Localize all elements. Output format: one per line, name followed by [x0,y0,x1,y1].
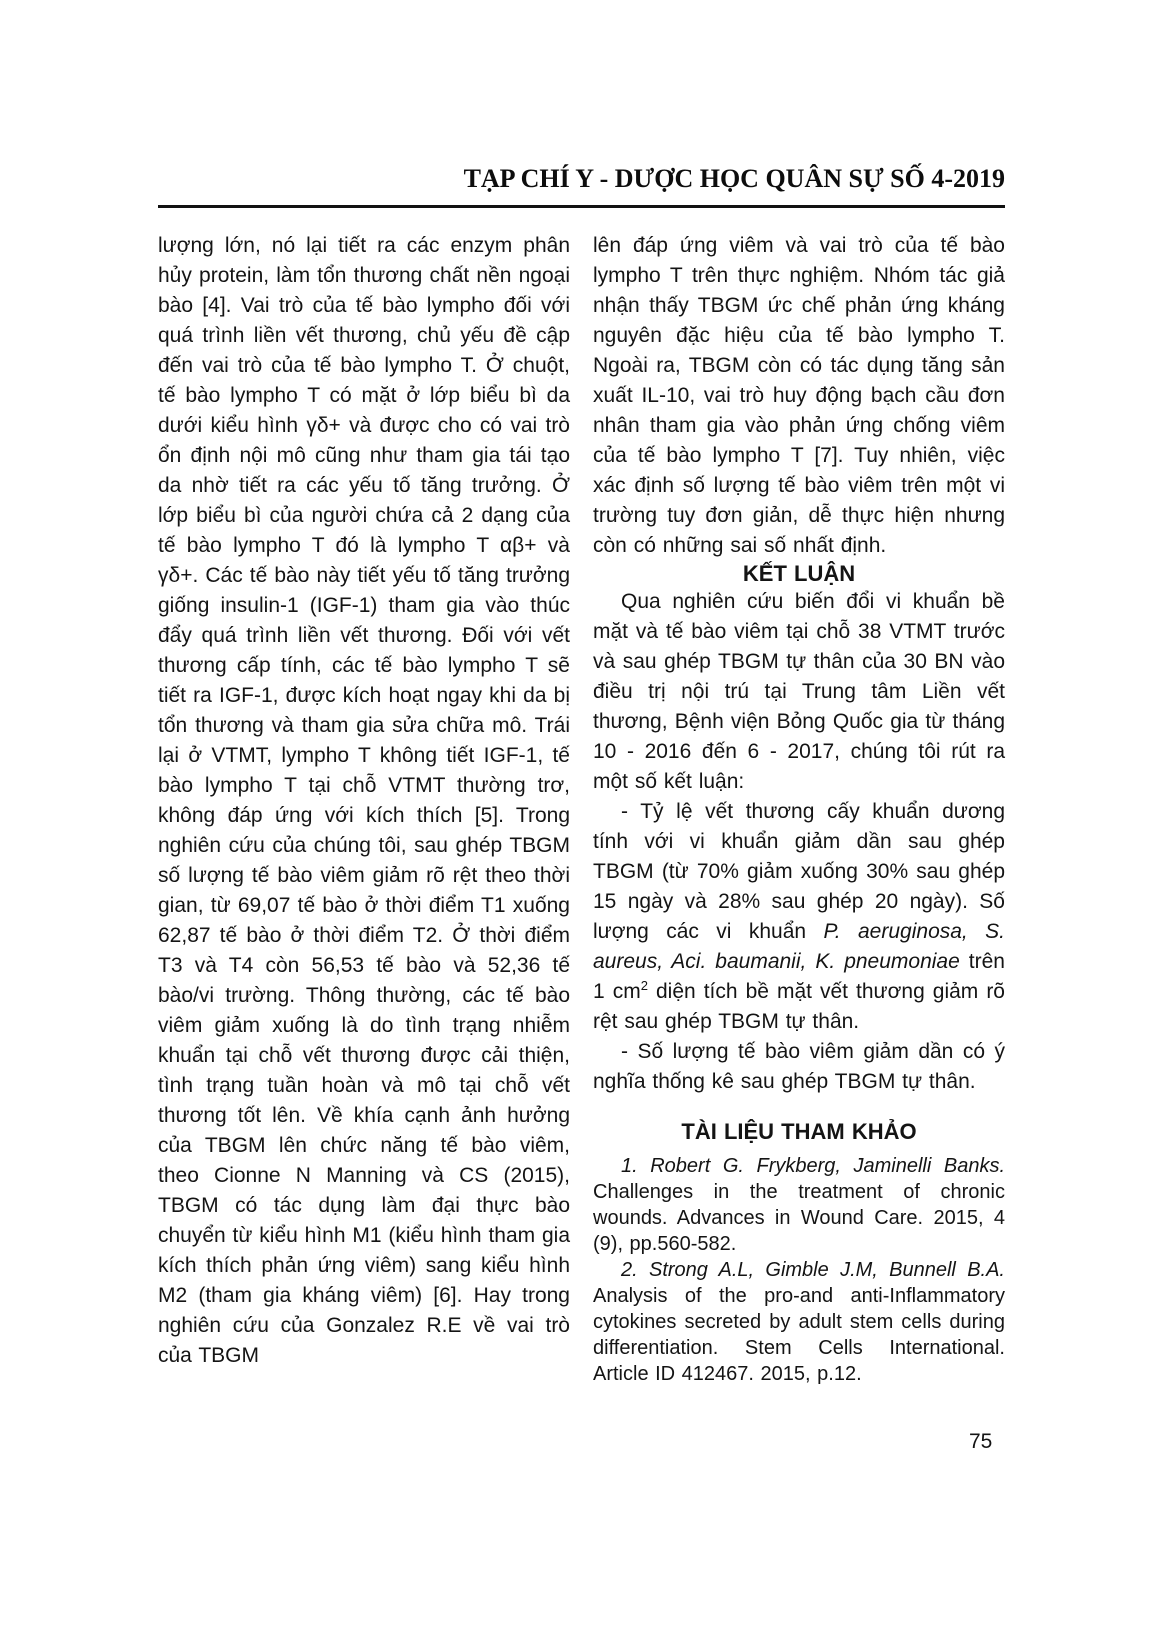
left-column: lượng lớn, nó lại tiết ra các enzym phân… [158,231,570,1387]
reference-item-1: 1. Robert G. Frykberg, Jaminelli Banks. … [593,1153,1005,1257]
references-heading: TÀI LIỆU THAM KHẢO [593,1119,1005,1145]
body-paragraph-left: lượng lớn, nó lại tiết ra các enzym phân… [158,231,570,1371]
header-rule [158,205,1005,208]
page-number: 75 [969,1429,992,1455]
right-column: lên đáp ứng viêm và vai trò của tế bào l… [593,231,1005,1387]
journal-header-title: TẠP CHÍ Y - DƯỢC HỌC QUÂN SỰ SỐ 4-2019 [158,164,1005,194]
body-paragraph-right: lên đáp ứng viêm và vai trò của tế bào l… [593,231,1005,561]
conclusion-heading: KẾT LUẬN [593,561,1005,587]
two-column-layout: lượng lớn, nó lại tiết ra các enzym phân… [158,231,1005,1387]
conclusion-point-1: - Tỷ lệ vết thương cấy khuẩn dương tính … [593,797,1005,1037]
reference-item-2: 2. Strong A.L, Gimble J.M, Bunnell B.A. … [593,1257,1005,1387]
conclusion-point-2: - Số lượng tế bào viêm giảm dần có ý ngh… [593,1037,1005,1097]
conclusion-intro-paragraph: Qua nghiên cứu biến đổi vi khuẩn bề mặt … [593,587,1005,797]
